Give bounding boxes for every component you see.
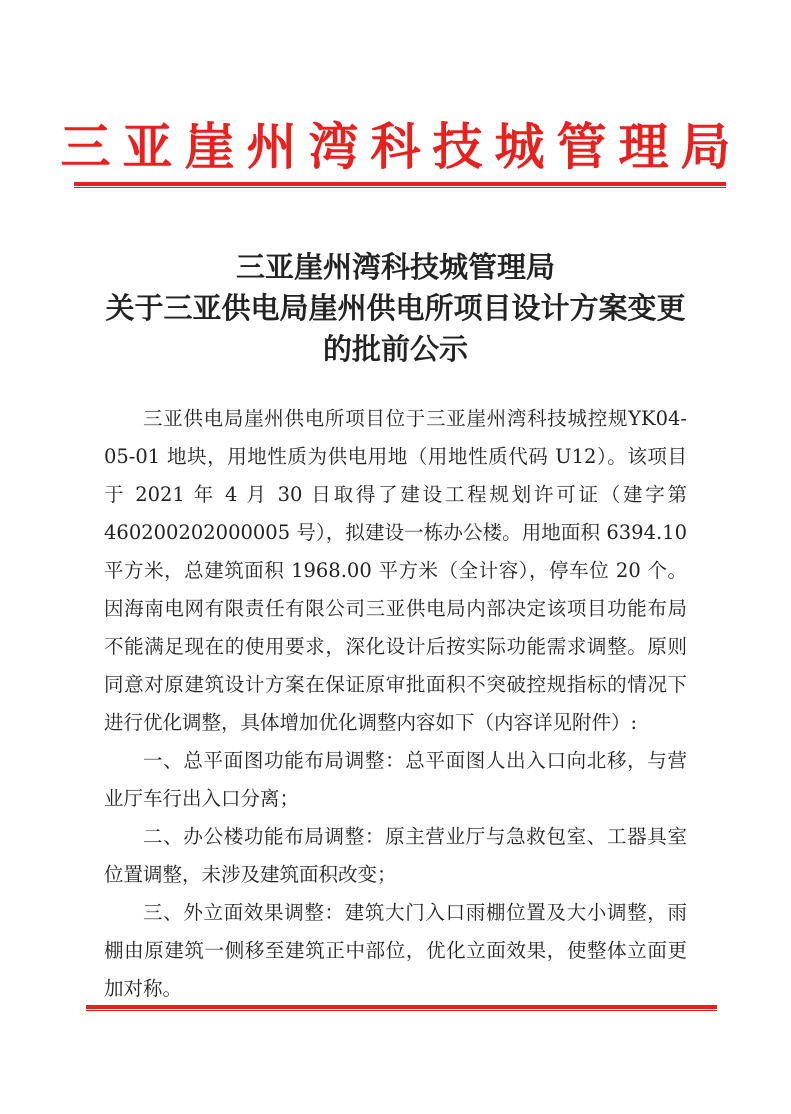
body-paragraph-item-1: 一、总平面图功能布局调整：总平面图人出入口向北移，与营业厅车行出入口分离；	[104, 742, 687, 818]
document-title: 三亚崖州湾科技城管理局 关于三亚供电局崖州供电所项目设计方案变更 的批前公示	[0, 247, 791, 370]
footer-divider	[86, 1005, 717, 1011]
divider-thin-line	[86, 1010, 717, 1011]
title-line-3: 的批前公示	[0, 329, 791, 370]
masthead-divider	[74, 182, 726, 188]
body-paragraph-intro: 三亚供电局崖州供电所项目位于三亚崖州湾科技城控规YK04-05-01 地块，用地…	[104, 400, 687, 742]
masthead-title: 三亚崖州湾科技城管理局	[0, 112, 791, 182]
document-body: 三亚供电局崖州供电所项目位于三亚崖州湾科技城控规YK04-05-01 地块，用地…	[104, 400, 687, 1008]
divider-thin-line	[74, 187, 726, 188]
title-line-2: 关于三亚供电局崖州供电所项目设计方案变更	[0, 288, 791, 329]
body-paragraph-item-3: 三、外立面效果调整：建筑大门入口雨棚位置及大小调整，雨棚由原建筑一侧移至建筑正中…	[104, 894, 687, 1008]
body-paragraph-item-2: 二、办公楼功能布局调整：原主营业厅与急救包室、工器具室位置调整，未涉及建筑面积改…	[104, 818, 687, 894]
title-line-1: 三亚崖州湾科技城管理局	[0, 247, 791, 288]
